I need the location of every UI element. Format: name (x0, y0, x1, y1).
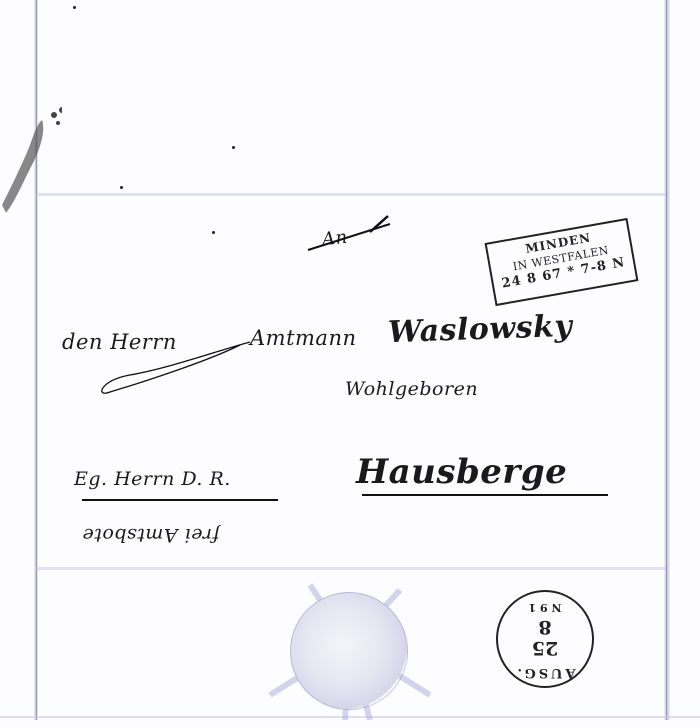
arrival-time: N 9 1 (498, 601, 592, 614)
arrival-postmark: AUSG. 25 8 N 9 1 (496, 590, 594, 688)
bottom-fold-line (36, 567, 666, 570)
letter-sheet: An MINDEN IN WESTFALEN 24 8 67 * 7-8 N d… (0, 0, 700, 728)
recipient-name: Waslowsky (387, 309, 572, 350)
top-fold-line (36, 193, 666, 196)
herrn-flourish (90, 340, 290, 400)
ink-speck (232, 146, 235, 149)
ink-speck (73, 6, 76, 9)
an-flourish (300, 212, 395, 257)
honorific: Wohlgeboren (345, 378, 478, 400)
ink-speck (212, 231, 215, 234)
arrival-month: 8 (498, 616, 592, 638)
arrival-label: AUSG. (498, 665, 592, 680)
ink-stain (2, 105, 62, 215)
minden-postmark: MINDEN IN WESTFALEN 24 8 67 * 7-8 N (485, 218, 639, 306)
note-underline (82, 499, 278, 501)
ink-speck (120, 186, 123, 189)
wax-seal (290, 592, 408, 710)
left-note-1: Eg. Herrn D. R. (74, 468, 231, 490)
left-note-2-inverted: frei Amtsbote (82, 524, 220, 546)
destination-underline (362, 494, 608, 496)
arrival-day: 25 (498, 638, 592, 658)
destination: Hausberge (356, 452, 567, 492)
right-fold-edge (664, 0, 670, 720)
